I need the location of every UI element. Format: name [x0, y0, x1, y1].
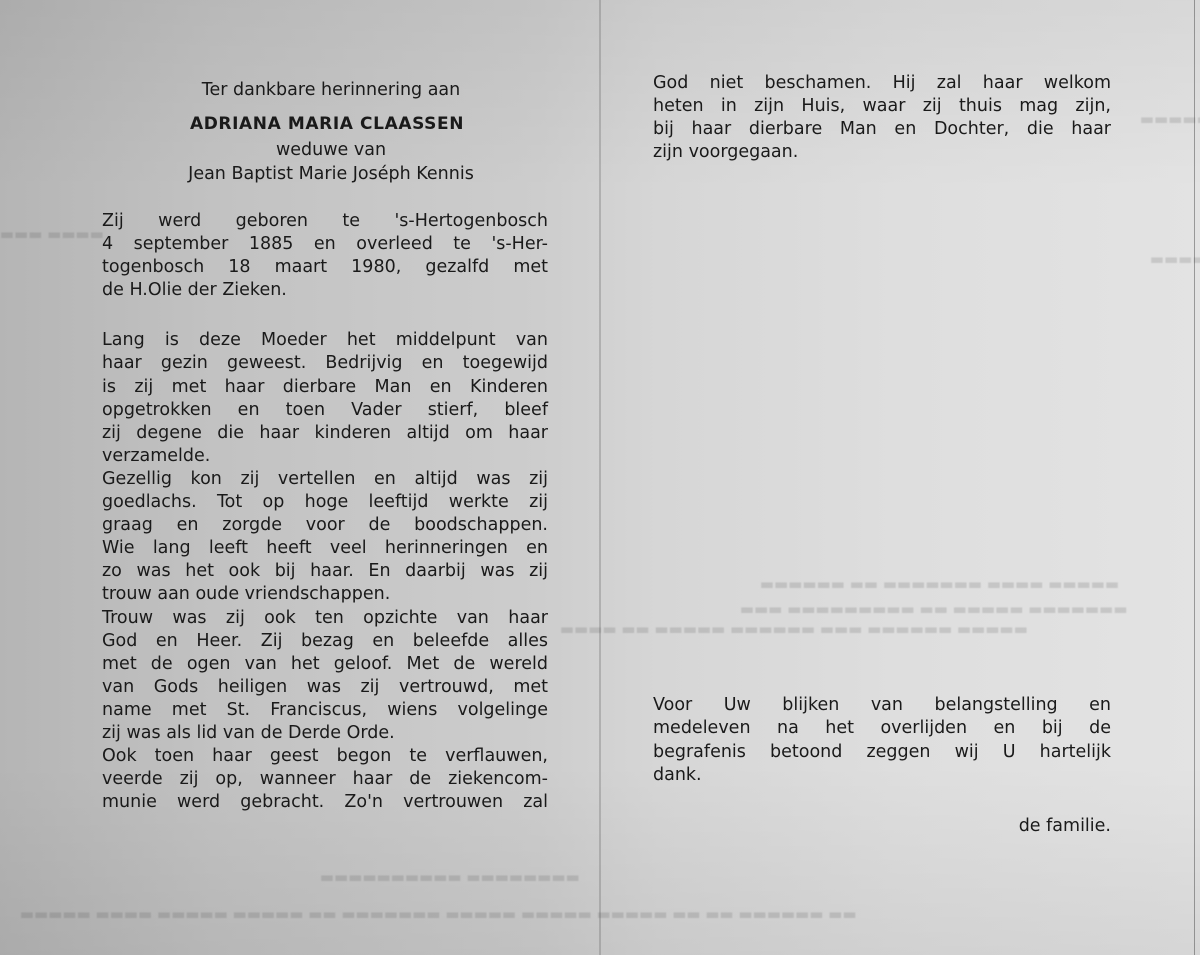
- text-line: veerde zij op, wanneer haar de ziekencom…: [102, 768, 548, 791]
- deceased-name: ADRIANA MARIA CLAASSEN: [102, 112, 548, 136]
- text-line: zijn voorgegaan.: [653, 141, 1111, 164]
- widow-of-line: weduwe van: [102, 138, 548, 162]
- thanks-paragraph: Voor Uw blijken van belangstelling en me…: [653, 694, 1111, 786]
- text-line: zij was als lid van de Derde Orde.: [102, 722, 548, 745]
- life-story-paragraph: Lang is deze Moeder het middelpunt van h…: [102, 329, 548, 814]
- text-line: goedlachs. Tot op hoge leeftijd werkte z…: [102, 491, 548, 514]
- memorial-left-panel: Ter dankbare herinnering aan ADRIANA MAR…: [102, 78, 548, 814]
- text-line: met de ogen van het geloof. Met de werel…: [102, 653, 548, 676]
- text-line: zo was het ook bij haar. En daarbij was …: [102, 560, 548, 583]
- text-line: Zij werd geboren te 's-Hertogenbosch: [102, 210, 548, 233]
- text-line: de H.Olie der Zieken.: [102, 279, 548, 302]
- text-line: zij degene die haar kinderen altijd om h…: [102, 422, 548, 445]
- text-line: Ook toen haar geest begon te verflauwen,: [102, 745, 548, 768]
- text-line: God en Heer. Zij bezag en beleefde alles: [102, 630, 548, 653]
- card-edge: [1194, 0, 1195, 955]
- bleed-through-text: ▬▬▬▬▬: [1140, 110, 1200, 128]
- text-line: van Gods heiligen was zij vertrouwd, met: [102, 676, 548, 699]
- text-line: trouw aan oude vriendschappen.: [102, 583, 548, 606]
- text-line: bij haar dierbare Man en Dochter, die ha…: [653, 118, 1111, 141]
- bleed-through-text: ▬▬▬▬ ▬▬▬: [0, 225, 104, 243]
- text-line: medeleven na het overlijden en bij de: [653, 717, 1111, 740]
- text-line: munie werd gebracht. Zo'n vertrouwen zal: [102, 791, 548, 814]
- continuation-paragraph: God niet beschamen. Hij zal haar welkom …: [653, 72, 1111, 164]
- text-line: haar gezin geweest. Bedrijvig en toegewi…: [102, 352, 548, 375]
- text-line: Lang is deze Moeder het middelpunt van: [102, 329, 548, 352]
- text-line: togenbosch 18 maart 1980, gezalfd met: [102, 256, 548, 279]
- text-line: Voor Uw blijken van belangstelling en: [653, 694, 1111, 717]
- spouse-name: Jean Baptist Marie Joséph Kennis: [102, 162, 548, 186]
- text-line: Wie lang leeft heeft veel herinneringen …: [102, 537, 548, 560]
- family-signature: de familie.: [653, 815, 1111, 838]
- birth-death-paragraph: Zij werd geboren te 's-Hertogenbosch 4 s…: [102, 210, 548, 302]
- memorial-right-panel: God niet beschamen. Hij zal haar welkom …: [653, 72, 1111, 838]
- bleed-through-text: ▬▬▬▬: [1150, 250, 1200, 268]
- text-line: name met St. Franciscus, wiens volgeling…: [102, 699, 548, 722]
- text-line: Trouw was zij ook ten opzichte van haar: [102, 607, 548, 630]
- text-line: dank.: [653, 764, 1111, 787]
- text-line: opgetrokken en toen Vader stierf, bleef: [102, 399, 548, 422]
- text-line: 4 september 1885 en overleed te 's-Her-: [102, 233, 548, 256]
- text-line: God niet beschamen. Hij zal haar welkom: [653, 72, 1111, 95]
- text-line: verzamelde.: [102, 445, 548, 468]
- text-line: Gezellig kon zij vertellen en altijd was…: [102, 468, 548, 491]
- text-line: graag en zorgde voor de boodschappen.: [102, 514, 548, 537]
- text-line: begrafenis betoond zeggen wij U hartelij…: [653, 741, 1111, 764]
- bleed-through-text: ▬▬ ▬▬▬▬▬▬ ▬▬ ▬▬ ▬▬▬▬▬ ▬▬▬▬▬ ▬▬▬▬▬ ▬▬▬▬▬▬…: [20, 905, 857, 923]
- bleed-through-text: ▬▬▬▬▬▬▬▬ ▬▬▬▬▬▬▬▬▬▬: [320, 868, 580, 886]
- dedication-line: Ter dankbare herinnering aan: [102, 78, 548, 102]
- card-fold-line: [599, 0, 601, 955]
- text-line: heten in zijn Huis, waar zij thuis mag z…: [653, 95, 1111, 118]
- text-line: is zij met haar dierbare Man en Kinderen: [102, 376, 548, 399]
